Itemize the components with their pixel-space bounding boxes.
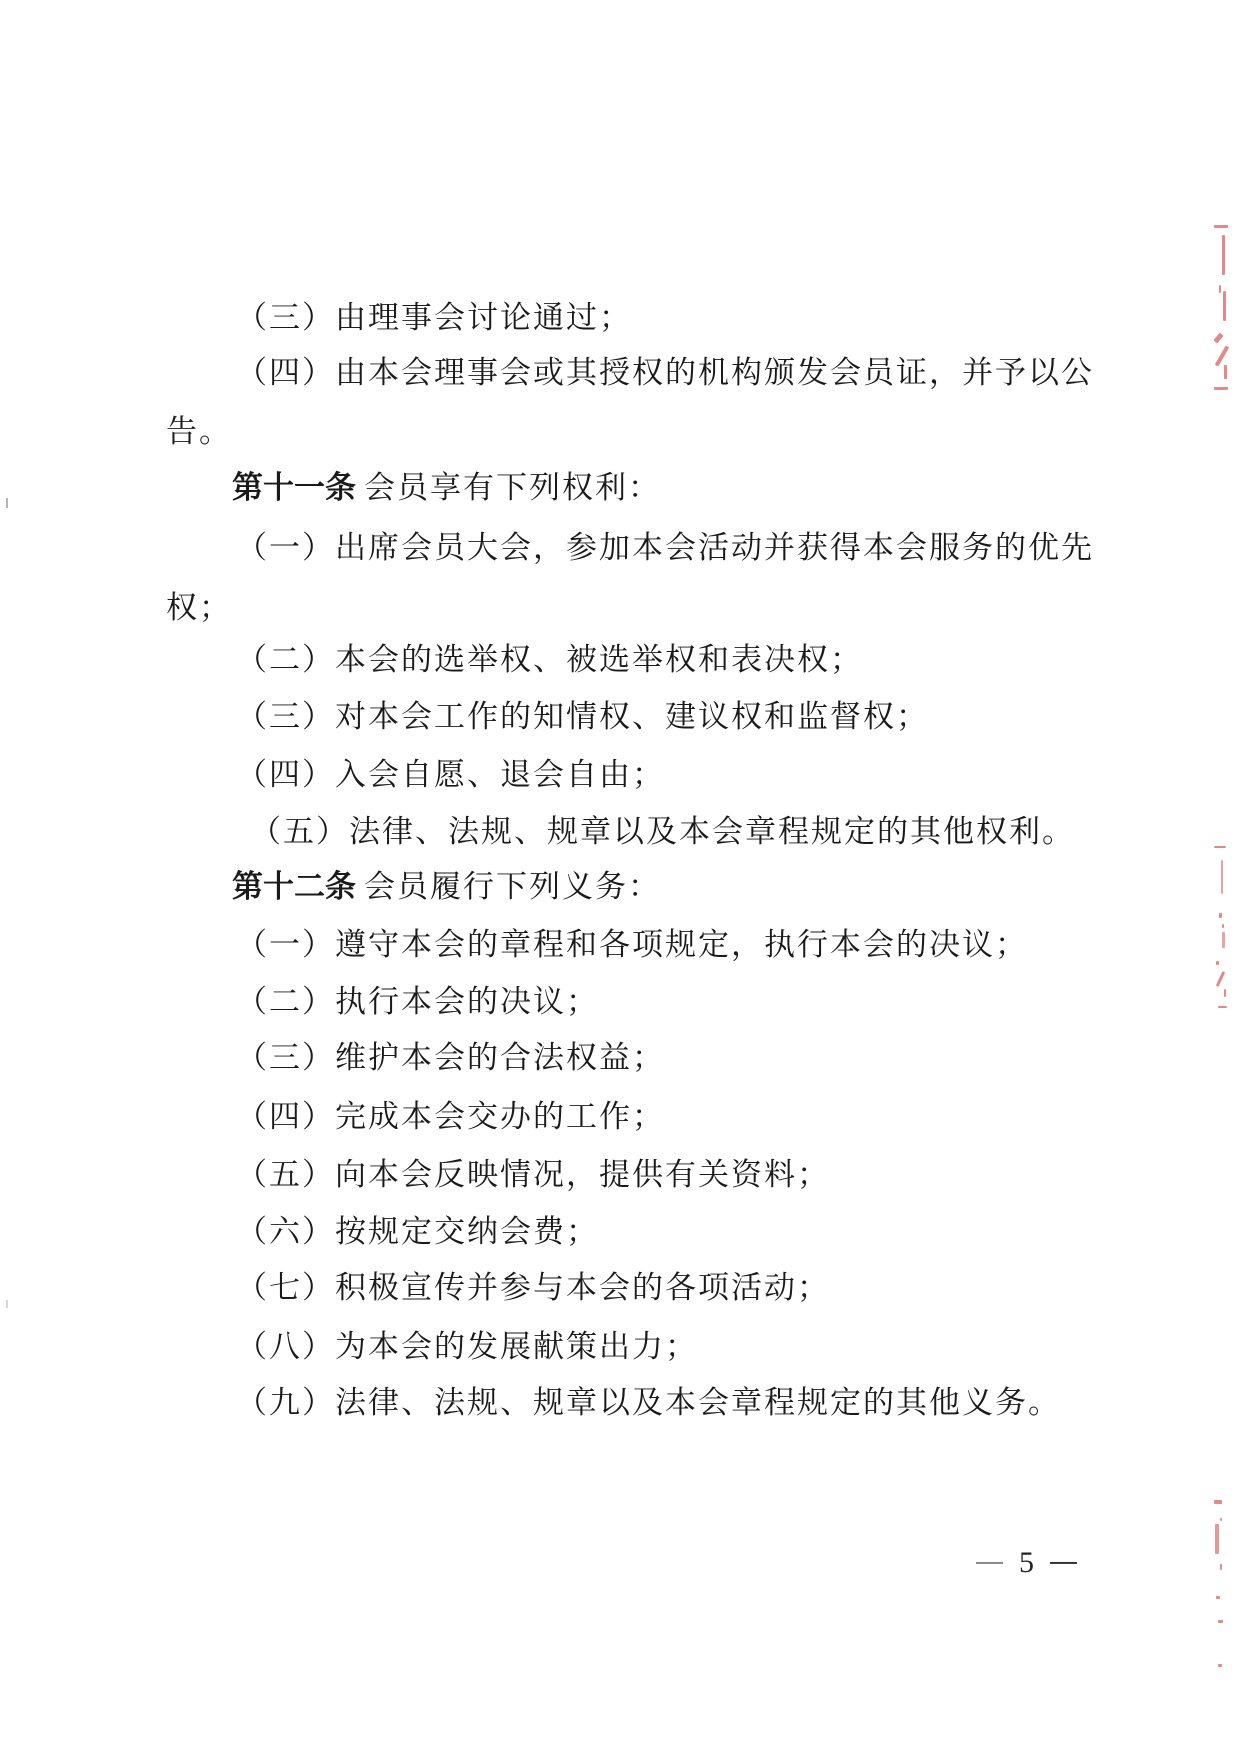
article-11-title: 第十一条 [232,470,356,506]
line-text: （二）本会的选举权、被选举权和表决权； [236,642,863,678]
dash-right-icon [1050,1562,1077,1564]
rights-item-3: （三）对本会工作的知情权、建议权和监督权； [236,697,929,737]
duties-item-4: （四）完成本会交办的工作； [236,1097,665,1137]
line-text: 告。 [166,414,232,450]
line-text: （五）向本会反映情况，提供有关资料； [236,1157,830,1193]
line-text: （一）遵守本会的章程和各项规定，执行本会的决议； [236,927,1028,963]
line-text: （六）按规定交纳会费； [236,1214,599,1250]
scan-mark-icon [6,498,8,508]
duties-item-6: （六）按规定交纳会费； [236,1212,599,1252]
seal-fragment-icon [1214,225,1230,393]
list-item-4-continuation: 告。 [166,412,232,452]
line-text: （一）出席会员大会，参加本会活动并获得本会服务的优先 [236,530,1094,566]
duties-item-2: （二）执行本会的决议； [236,982,599,1022]
list-item-3-approval: （三）由理事会讨论通过； [236,298,632,338]
line-text: （二）执行本会的决议； [236,984,599,1020]
document-page: （三）由理事会讨论通过； （四）由本会理事会或其授权的机构颁发会员证，并予以公 … [0,0,1240,1753]
duties-item-8: （八）为本会的发展献策出力； [236,1327,698,1367]
rights-item-5: （五）法律、法规、规章以及本会章程规定的其他权利。 [250,812,1075,852]
duties-item-9: （九）法律、法规、规章以及本会章程规定的其他义务。 [236,1383,1061,1423]
article-12-title: 第十二条 [232,869,356,905]
line-text: （四）入会自愿、退会自由； [236,757,665,793]
dash-left-icon [976,1562,1003,1564]
rights-item-1: （一）出席会员大会，参加本会活动并获得本会服务的优先 [236,528,1094,568]
rights-item-2: （二）本会的选举权、被选举权和表决权； [236,640,863,680]
duties-item-1: （一）遵守本会的章程和各项规定，执行本会的决议； [236,925,1028,965]
line-text: 权； [166,590,232,626]
line-text: （四）由本会理事会或其授权的机构颁发会员证，并予以公 [236,355,1094,391]
seal-fragment-icon [1214,846,1230,1011]
article-12-text: 会员履行下列义务： [364,869,661,905]
list-item-4-certificate: （四）由本会理事会或其授权的机构颁发会员证，并予以公 [236,353,1094,393]
page-number: 5 [976,1543,1077,1581]
page-number-value: 5 [1019,1545,1034,1581]
line-text: （五）法律、法规、规章以及本会章程规定的其他权利。 [250,814,1075,850]
scan-mark-icon [6,1300,8,1308]
rights-item-1-continuation: 权； [166,588,232,628]
line-text: （四）完成本会交办的工作； [236,1099,665,1135]
line-text: （三）维护本会的合法权益； [236,1040,665,1076]
rights-item-4: （四）入会自愿、退会自由； [236,755,665,795]
line-text: （七）积极宣传并参与本会的各项活动； [236,1270,830,1306]
line-text: （三）由理事会讨论通过； [236,300,632,336]
article-11-text: 会员享有下列权利： [364,470,661,506]
duties-item-5: （五）向本会反映情况，提供有关资料； [236,1155,830,1195]
seal-fragment-icon [1214,1500,1230,1668]
line-text: （八）为本会的发展献策出力； [236,1329,698,1365]
duties-item-3: （三）维护本会的合法权益； [236,1038,665,1078]
duties-item-7: （七）积极宣传并参与本会的各项活动； [236,1268,830,1308]
line-text: （九）法律、法规、规章以及本会章程规定的其他义务。 [236,1385,1061,1421]
line-text: （三）对本会工作的知情权、建议权和监督权； [236,699,929,735]
article-11-heading: 第十一条会员享有下列权利： [232,468,661,508]
article-12-heading: 第十二条会员履行下列义务： [232,867,661,907]
